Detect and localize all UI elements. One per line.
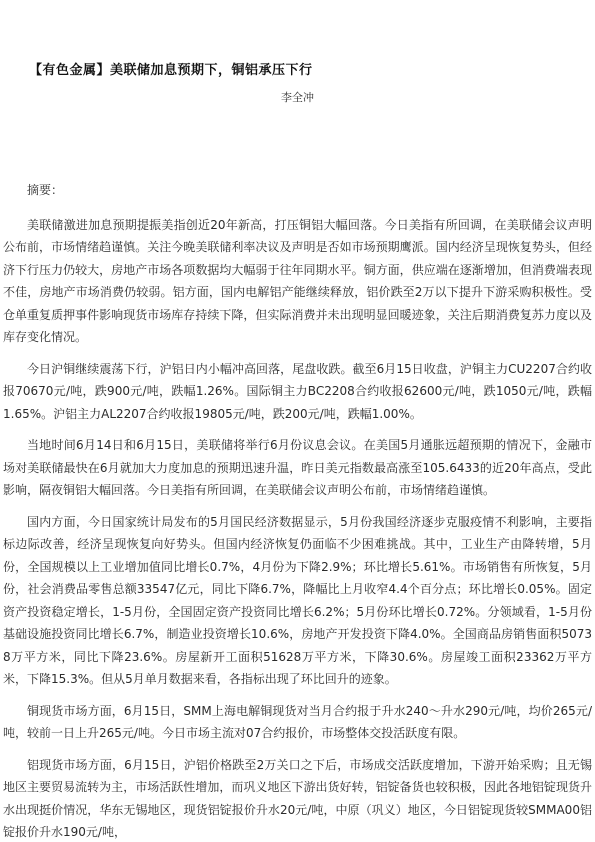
- abstract-label: 摘要：: [3, 179, 592, 202]
- para-closing-prices: 今日沪铜继续震荡下行，沪铝日内小幅冲高回落，尾盘收跌。截至6月15日收盘，沪铜主…: [3, 358, 592, 426]
- para-summary: 美联储激进加息预期提振美指创近20年新高，打压铜铝大幅回落。今日美指有所回调，在…: [3, 214, 592, 349]
- para-fomc-meeting: 当地时间6月14日和6月15日，美联储将举行6月份议息会议。在美国5月通胀远超预…: [3, 434, 592, 502]
- document-page: 【有色金属】美联储加息预期下，铜铝承压下行 李全冲 摘要： 美联储激进加息预期提…: [0, 0, 595, 842]
- author-name: 李全冲: [3, 91, 592, 105]
- para-copper-spot: 铜现货市场方面，6月15日，SMM上海电解铜现货对当月合约报于升水240～升水2…: [3, 700, 592, 745]
- page-title: 【有色金属】美联储加息预期下，铜铝承压下行: [3, 62, 592, 80]
- para-aluminum-spot: 铝现货市场方面，6月15日，沪铝价格跌至2万关口之下后，市场成交活跃度增加，下游…: [3, 754, 592, 842]
- para-domestic-economy: 国内方面，今日国家统计局发布的5月国民经济数据显示，5月份我国经济逐步克服疫情不…: [3, 511, 592, 691]
